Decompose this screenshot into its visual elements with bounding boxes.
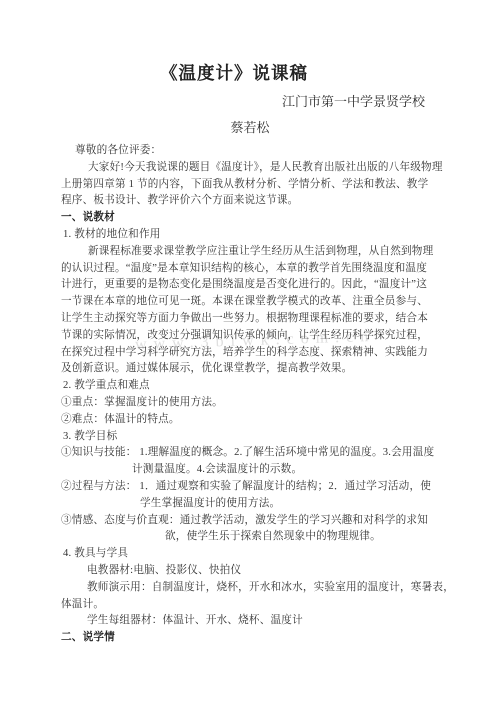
text-line: 的认识过程。“温度”是本章知识结构的核心，本章的教学首先围绕温度和温度 <box>0 261 500 278</box>
text-line: 在探究过程中学习科学研究方法，培养学生的科学态度、探索精神、实践能力 <box>0 345 500 362</box>
text-line: 学生每组器材：体温计、开水、烧杯、温度计 <box>0 613 500 630</box>
text-line: 尊敬的各位评委： <box>0 143 500 160</box>
text-line: 节课的实际情况，改变过分强调知识传承的倾向，让学生经历科学探究过程， <box>0 328 500 345</box>
document-page: 《温度计》说课稿 江门市第一中学景贤学校 蔡若松 www.3blwk.com.c… <box>0 0 500 708</box>
text-line: 二、说学情 <box>0 630 500 647</box>
text-line: 一、说教材 <box>0 210 500 227</box>
text-line: 新课程标准要求课堂教学应注重让学生经历从生活到物理，从自然到物理 <box>0 244 500 261</box>
text-line: 1. 教材的地位和作用 <box>0 227 500 244</box>
text-line: ①知识与技能： 1.理解温度的概念。2.了解生活环境中常见的温度。3.会用温度 <box>0 445 500 462</box>
text-line: 体温计。 <box>0 597 500 614</box>
text-line: 一节课在本章的地位可见一斑。本课在课堂教学模式的改革、注重全员参与、 <box>0 294 500 311</box>
text-line: 教师演示用：自制温度计，烧杯，开水和冰水，实验室用的温度计，寒暑表， <box>0 580 500 597</box>
author-name: 蔡若松 <box>0 117 500 136</box>
text-line: ③情感、态度与价直观：通过教学活动，激发学生的学习兴趣和对科学的求知 <box>0 513 500 530</box>
text-line: 4. 教具与学具 <box>0 546 500 563</box>
text-line: ②难点：体温计的特点。 <box>0 412 500 429</box>
text-line: 及创新意识。通过媒体展示，优化课堂教学，提高教学效果。 <box>0 361 500 378</box>
text-line: ①重点：掌握温度计的使用方法。 <box>0 395 500 412</box>
text-line: 程序、板书设计、教学评价六个方面来说这节课。 <box>0 193 500 210</box>
school-name: 江门市第一中学景贤学校 <box>0 91 500 110</box>
document-lines: 尊敬的各位评委：大家好!今天我说课的题目《温度计》，是人民教育出版社出版的八年级… <box>0 143 500 647</box>
text-line: 3. 教学目标 <box>0 429 500 446</box>
text-line: 上册第四章第 1 节的内容，下面我从教材分析、学情分析、学法和教法、教学 <box>0 177 500 194</box>
text-line: 计测量温度。4.会读温度计的示数。 <box>0 462 500 479</box>
text-line: 学生掌握温度计的使用方法。 <box>0 496 500 513</box>
text-line: 欲，使学生乐于探索自然现象中的物理规律。 <box>0 529 500 546</box>
text-line: 让学生主动探究等方面力争做出一些努力。根据物理课程标准的要求，结合本 <box>0 311 500 328</box>
text-line: 大家好!今天我说课的题目《温度计》，是人民教育出版社出版的八年级物理 <box>0 160 500 177</box>
document-title: 《温度计》说课稿 <box>0 60 500 85</box>
text-line: 电教器材:电脑、投影仪、快拍仪 <box>0 563 500 580</box>
text-line: 计进行，更重要的是物态变化是围绕温度是否变化进行的。因此，“温度计”这 <box>0 277 500 294</box>
text-line: ②过程与方法： 1．通过观察和实验了解温度计的结构；2．通过学习活动，使 <box>0 479 500 496</box>
text-line: 2. 教学重点和难点 <box>0 378 500 395</box>
